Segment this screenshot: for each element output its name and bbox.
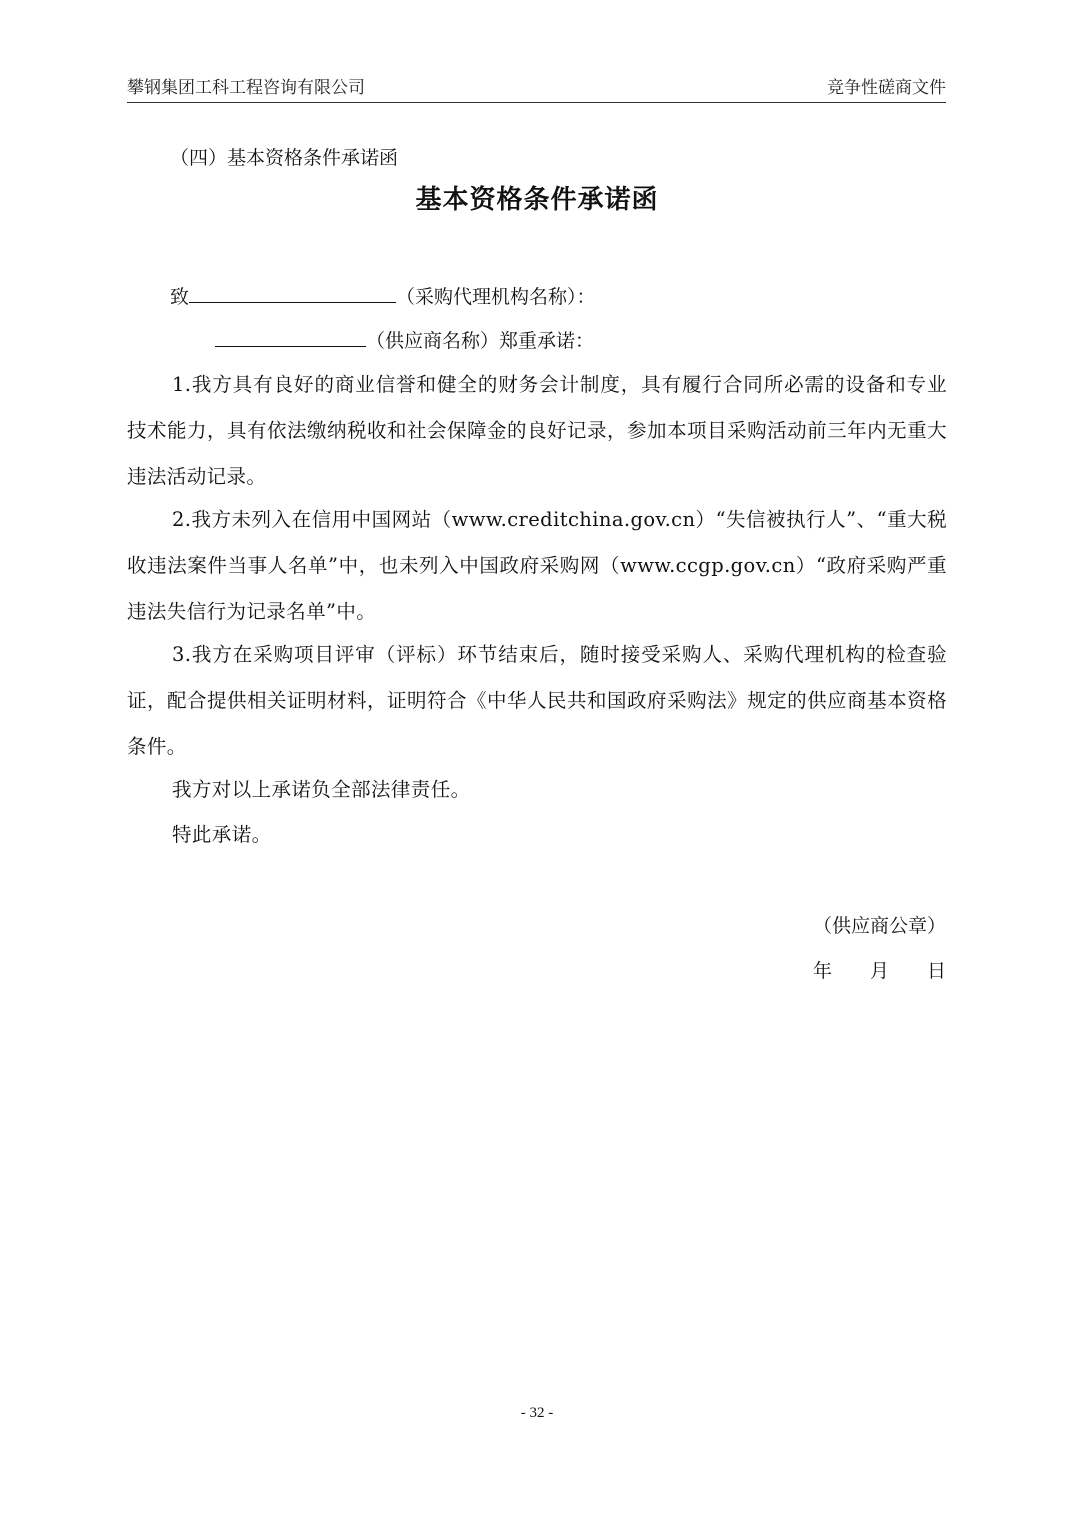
page-header: 攀钢集团工科工程咨询有限公司 竞争性磋商文件: [127, 76, 946, 103]
supplier-suffix: （供应商名称）郑重承诺：: [366, 330, 594, 352]
signature-date: 年 月 日: [813, 957, 946, 985]
paragraph-closing: 特此承诺。: [127, 812, 947, 858]
section-label: （四）基本资格条件承诺函: [170, 144, 398, 172]
paragraph-3: 3.我方在采购项目评审（评标）环节结束后，随时接受采购人、采购代理机构的检查验证…: [127, 632, 947, 770]
paragraph-1: 1.我方具有良好的商业信誉和健全的财务会计制度，具有履行合同所必需的设备和专业技…: [127, 362, 947, 500]
paragraph-2: 2.我方未列入在信用中国网站（www.creditchina.gov.cn）“失…: [127, 497, 947, 635]
supplier-blank[interactable]: [215, 326, 366, 347]
addressee-blank[interactable]: [189, 282, 396, 303]
addressee-prefix: 致: [170, 286, 189, 308]
supplier-seal: （供应商公章）: [813, 912, 946, 940]
addressee-suffix: （采购代理机构名称）：: [396, 286, 596, 308]
supplier-line: （供应商名称）郑重承诺：: [215, 326, 594, 355]
document-title: 基本资格条件承诺函: [0, 180, 1074, 220]
header-doc-type: 竞争性磋商文件: [827, 76, 946, 100]
page-number: - 32 -: [0, 1405, 1074, 1422]
header-company: 攀钢集团工科工程咨询有限公司: [127, 76, 365, 100]
paragraph-liability: 我方对以上承诺负全部法律责任。: [127, 767, 947, 813]
addressee-line: 致（采购代理机构名称）：: [170, 282, 596, 311]
